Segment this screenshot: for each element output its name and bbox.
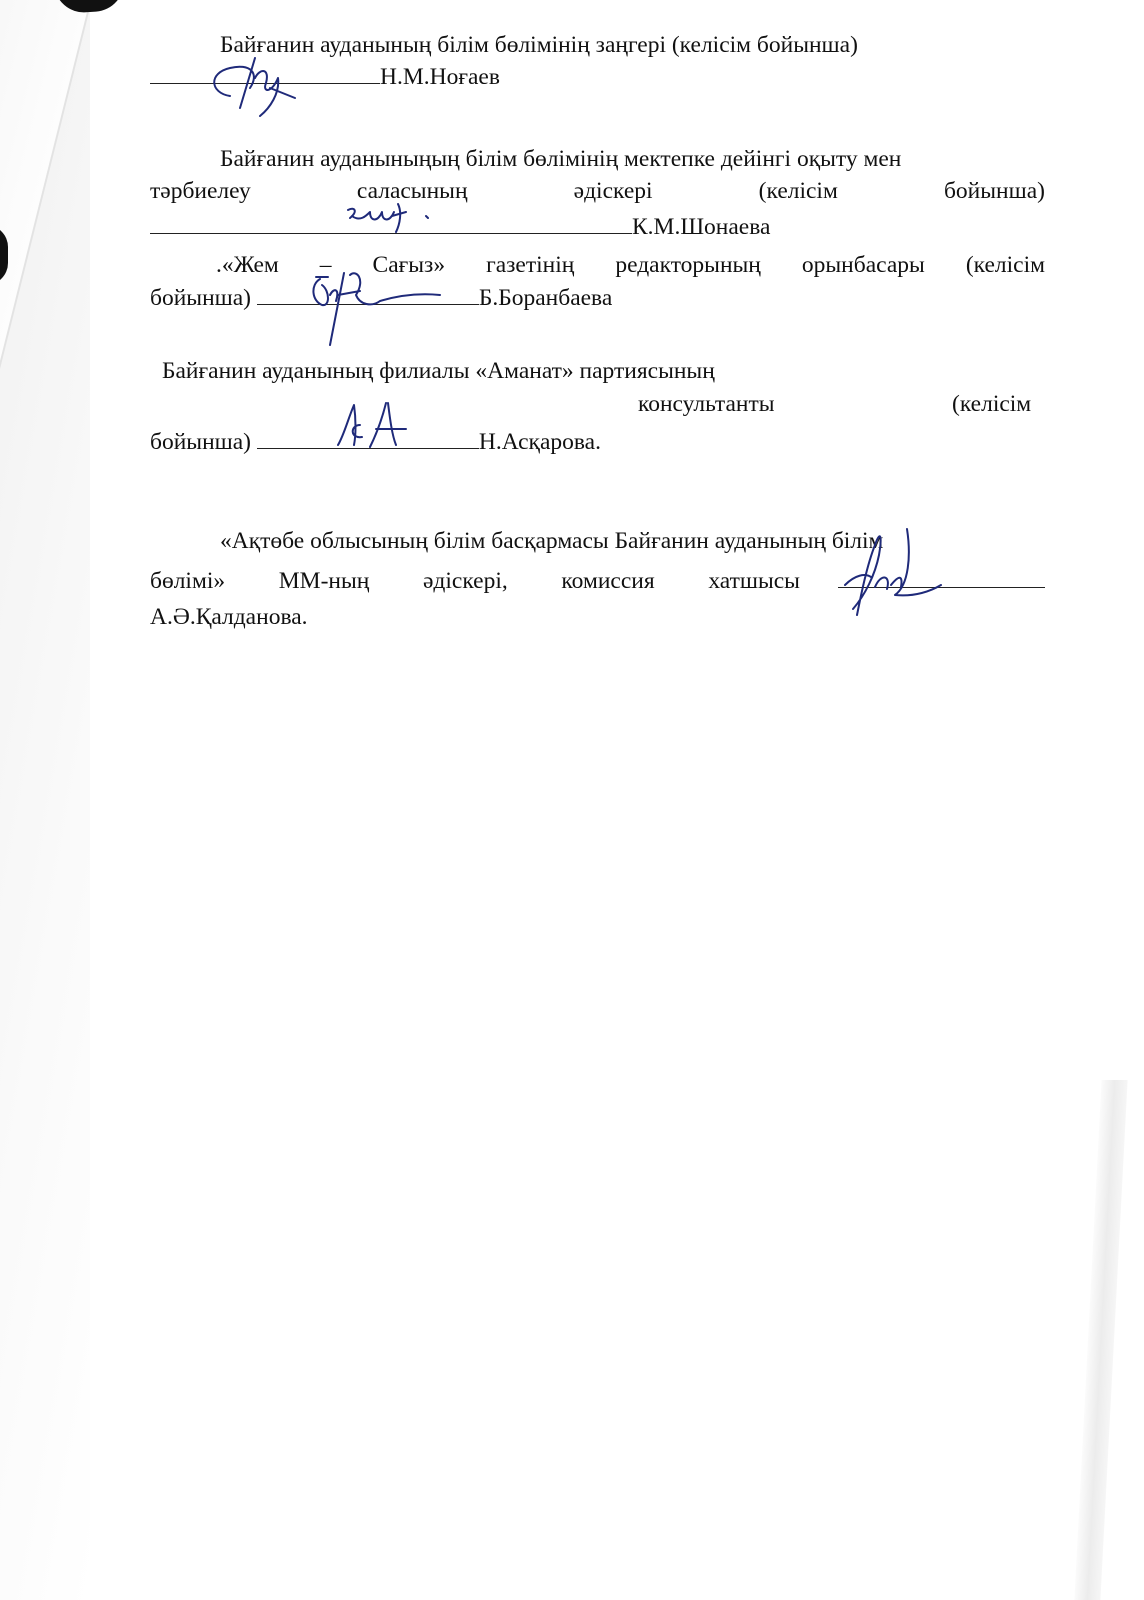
word: орынбасары	[802, 248, 925, 282]
prefix: бойынша)	[150, 429, 251, 455]
entry-1-line-1: Байғанин ауданының білім бөлімінің заңге…	[220, 28, 1045, 62]
signatory-name: К.М.Шонаева	[632, 214, 770, 240]
entry-1-line-2: Н.М.Ноғаев	[150, 60, 500, 94]
entry-4-consent: (келісім	[952, 387, 1031, 421]
word: .«Жем	[216, 248, 279, 282]
entry-4-line-3: бойынша) Н.Асқарова.	[150, 425, 601, 459]
word: бөлімі»	[150, 564, 225, 598]
word: (келісім	[966, 248, 1045, 282]
word: комиссия	[561, 564, 654, 598]
entry-2-line-2: тәрбиелеу саласының әдіскері (келісім бо…	[150, 174, 1045, 208]
word: (келісім	[759, 174, 838, 208]
entry-4-line-1: Байғанин ауданының филиалы «Аманат» парт…	[162, 354, 715, 388]
word: тәрбиелеу	[150, 174, 251, 208]
entry-5-signature-line	[838, 564, 1045, 598]
entry-4-consultant: консультанты	[638, 387, 775, 421]
word: хатшысы	[708, 564, 800, 598]
signatory-name: Б.Боранбаева	[479, 285, 612, 311]
word: редакторының	[615, 248, 761, 282]
entry-5-line-2: бөлімі» ММ-ның әдіскері, комиссия хатшыс…	[150, 564, 800, 598]
signature-line	[150, 82, 380, 84]
entry-2-line-3: К.М.Шонаева	[150, 210, 770, 244]
word: газетінің	[486, 248, 574, 282]
word: бойынша)	[944, 174, 1045, 208]
word: әдіскері	[574, 174, 653, 208]
signatory-name: Н.М.Ноғаев	[380, 64, 500, 90]
entry-5-line-3: А.Ә.Қалданова.	[150, 600, 308, 634]
word: саласының	[357, 174, 468, 208]
page-edge-shadow-right	[1074, 1080, 1127, 1600]
signature-line	[257, 303, 479, 305]
entry-5-line-1: «Ақтөбе облысының білім басқармасы Байға…	[220, 524, 1045, 558]
entry-2-line-1: Байғанин ауданыныңың білім бөлімінің мек…	[220, 142, 1045, 176]
word: әдіскері,	[423, 564, 508, 598]
word: –	[320, 248, 332, 282]
signatory-name: Н.Асқарова.	[479, 429, 601, 455]
word: Сағыз»	[373, 248, 446, 282]
word: ММ-ның	[279, 564, 370, 598]
entry-3-line-2: бойынша) Б.Боранбаева	[150, 281, 612, 315]
signature-line	[150, 232, 632, 234]
signature-line	[838, 586, 1045, 588]
signature-line	[257, 447, 479, 449]
entry-3-line-1: .«Жем – Сағыз» газетінің редакторының ор…	[216, 248, 1045, 282]
prefix: бойынша)	[150, 285, 251, 311]
